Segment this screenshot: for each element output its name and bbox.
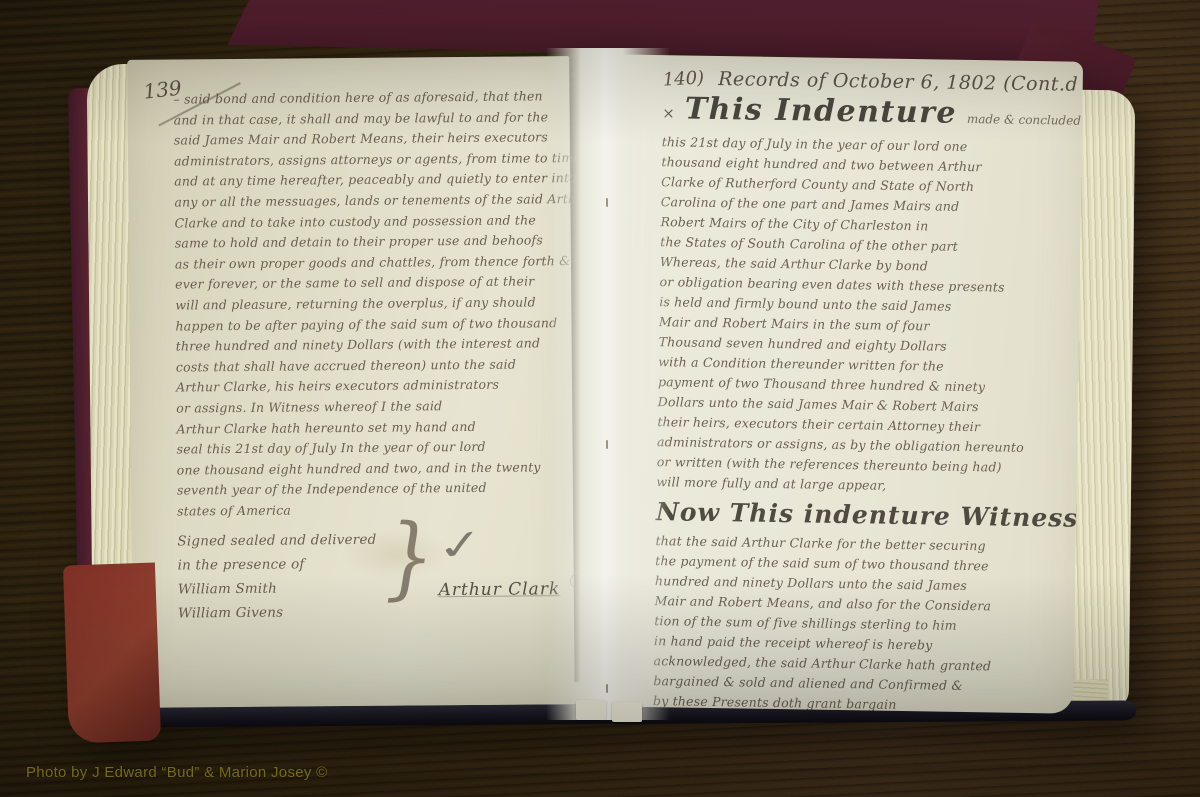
book-cover-corner-bottom-left — [63, 562, 161, 743]
now-this-indenture-heading: Now This indenture Witness — [656, 497, 1052, 532]
manuscript-line: any or all the messuages, lands or tenem… — [174, 189, 554, 213]
witness-line: William Givens — [178, 600, 377, 626]
this-indenture-heading: This Indenture — [685, 92, 958, 131]
right-page-number: 140) — [662, 67, 704, 90]
witness-lines: Signed sealed and deliveredin the presen… — [177, 528, 377, 626]
left-page: 139 – said bond and condition here of as… — [127, 56, 575, 708]
flourish-mark-icon: ✓ — [433, 520, 488, 572]
signature-arthur-clark: Arthur Clark — [438, 580, 560, 601]
manuscript-line: states of America — [177, 498, 557, 522]
manuscript-line: one thousand eight hundred and two, and … — [177, 457, 557, 481]
records-header: Records of October 6, 1802 (Cont.d — [718, 68, 1078, 96]
manuscript-line: will and pleasure, returning the overplu… — [175, 292, 555, 316]
closing-block: Signed sealed and deliveredin the presen… — [177, 527, 558, 626]
photo-of-record-book: 139 – said bond and condition here of as… — [0, 0, 1200, 797]
heading-suffix: made & concluded in — [967, 112, 1083, 128]
binding-stitch — [606, 198, 608, 207]
cross-mark: × — [662, 104, 675, 122]
right-page-paragraph-1: this 21st day of July in the year of our… — [656, 132, 1058, 498]
right-page-paragraph-2: that the said Arthur Clarke for the bett… — [653, 531, 1052, 714]
left-page-number: 139 — [142, 76, 183, 104]
right-page: 140) Records of October 6, 1802 (Cont.d … — [601, 54, 1083, 713]
indenture-heading-row: × This Indenture made & concluded in — [662, 91, 1059, 132]
left-page-text: – said bond and condition here of as afo… — [173, 86, 557, 522]
manuscript-line: Arthur Clarke, his heirs executors admin… — [176, 375, 556, 399]
manuscript-line: same to hold and detain to their proper … — [175, 230, 555, 254]
witness-line: Signed sealed and delivered — [177, 528, 376, 554]
photographer-watermark: Photo by J Edward “Bud” & Marion Josey © — [26, 764, 328, 781]
witness-line: William Smith — [178, 576, 377, 602]
brace-glyph: } — [384, 510, 435, 632]
manuscript-line: three hundred and ninety Dollars (with t… — [176, 333, 556, 357]
witness-line: in the presence of — [177, 552, 376, 578]
open-record-book: 139 – said bond and condition here of as… — [78, 44, 1142, 744]
manuscript-line: – said bond and condition here of as afo… — [173, 86, 553, 110]
